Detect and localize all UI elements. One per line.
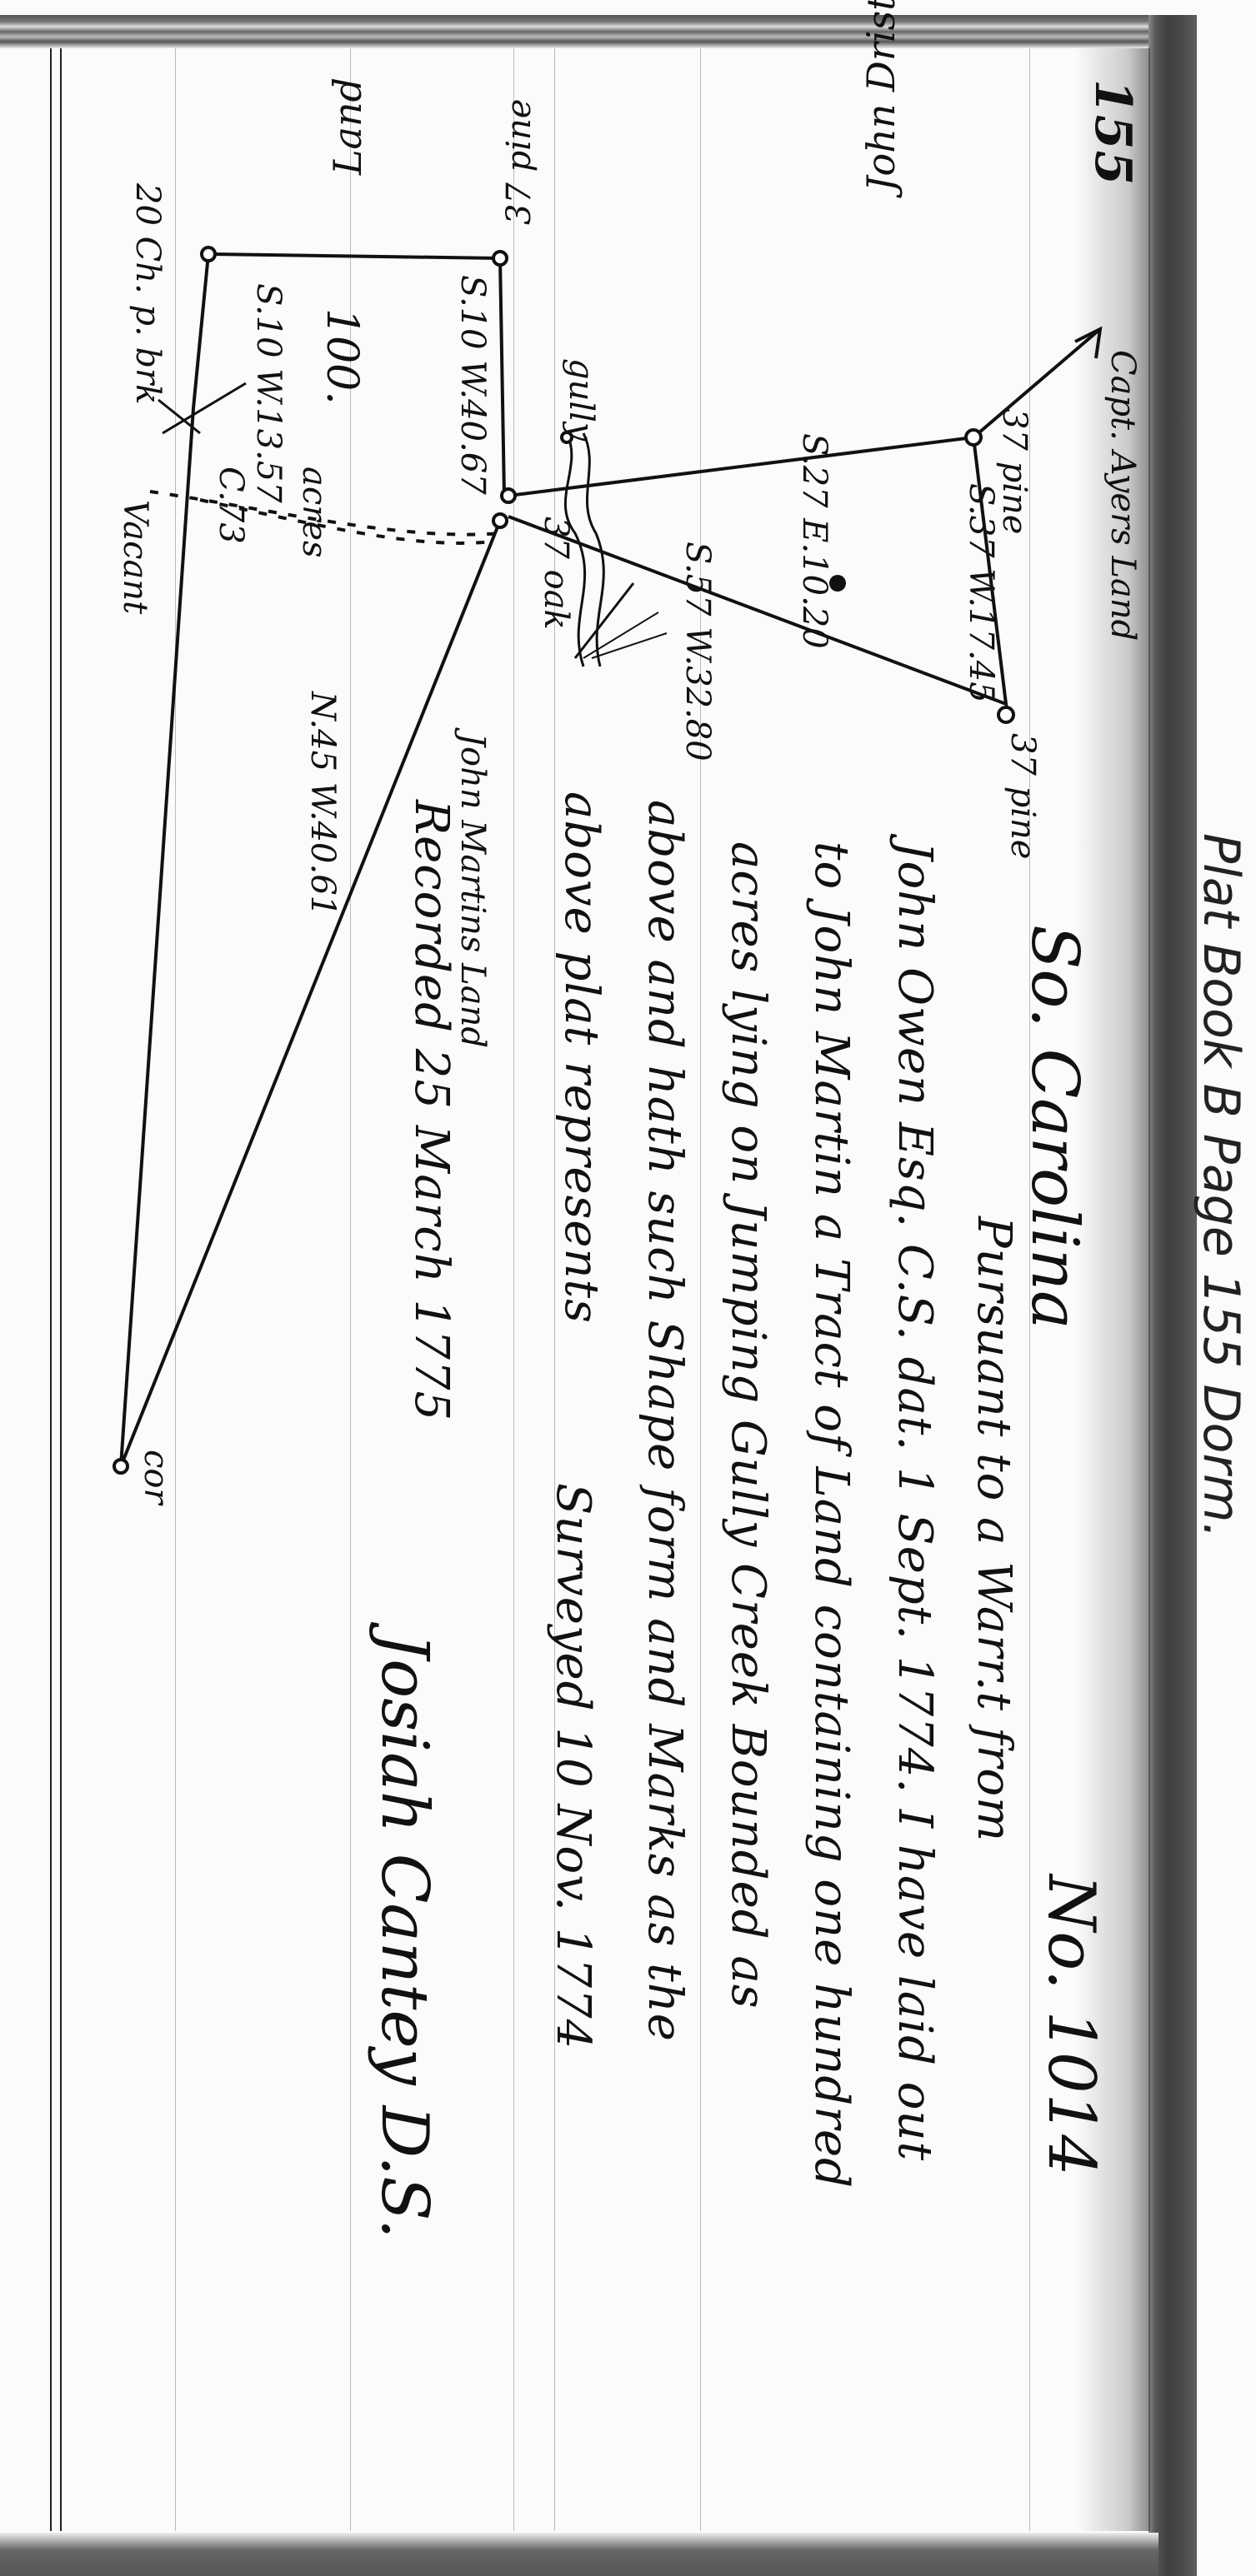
body-line-4: acres lying on Jumping Gully Creek Bound…: [721, 841, 775, 2009]
entry-number: No. 1014: [1033, 1875, 1108, 2176]
label-bearing: S.27 E.10.20: [795, 433, 833, 649]
page-number: 155: [1083, 79, 1142, 186]
label-vacant: Vacant: [116, 500, 154, 614]
label-bearing: S.10 W.40.67: [453, 275, 492, 495]
body-line-5: above and hath such Shape form and Marks…: [638, 800, 692, 2042]
corner-marker: [966, 430, 981, 445]
label-oak-corner: 37 oak: [537, 517, 575, 630]
label-bearing: S.10 W.13.57: [249, 283, 288, 503]
corner-marker: [493, 514, 507, 527]
label-acres-unit: acres: [295, 467, 333, 558]
label-bearing: C.73: [212, 467, 250, 544]
label-adjoining-land: Capt. Ayers Land: [1103, 350, 1142, 641]
state-heading: So. Carolina: [1017, 925, 1092, 1330]
label-pine-corner: 37 pine: [995, 408, 1033, 534]
north-arrow-line: [973, 329, 1100, 437]
recorded-line: Recorded 25 March 1775: [404, 800, 458, 1421]
margin-note: Plat Book B Page 155 Dorm.: [1192, 833, 1250, 1539]
label-adjoining-land: John Martins Land: [453, 733, 492, 1048]
label-land: Land: [325, 77, 370, 175]
body-line-3: to John Martin a Tract of Land containin…: [804, 841, 858, 2189]
scanned-document-page: 155 So. Carolina No. 1014 Pursuant to a …: [0, 0, 1256, 2576]
surveyor-signature: Josiah Cantey D.S.: [367, 1633, 442, 2239]
label-acres: 100.: [317, 308, 367, 405]
corner-marker: [502, 489, 515, 502]
label-adjoining-land: John Dristine: [858, 0, 903, 192]
label-pine-corner: 37 pine: [1003, 733, 1042, 859]
label-pine-corner: 37 pine: [500, 99, 538, 225]
label-bearing: S.57 W.32.80: [678, 542, 717, 761]
corner-marker: [493, 252, 507, 265]
label-bearing: S.37 W.17.45: [962, 483, 1000, 703]
label-corner: cor: [137, 1450, 175, 1505]
corner-marker: [998, 707, 1013, 722]
corner-marker: [114, 1460, 128, 1473]
body-line-6: above plat represents: [554, 791, 608, 1324]
body-line-1: Pursuant to a Warr.t from: [967, 1216, 1021, 1842]
label-gully: gully: [562, 358, 600, 442]
label-creek: 20 Ch. p. brk: [128, 183, 167, 404]
label-bearing: N.45 W.40.61: [303, 691, 342, 916]
body-line-2: John Owen Esq. C.S. dat. 1 Sept. 1774. I…: [888, 841, 942, 2161]
corner-marker: [202, 247, 215, 261]
surveyed-line: Surveyed 10 Nov. 1774: [546, 1483, 600, 2049]
